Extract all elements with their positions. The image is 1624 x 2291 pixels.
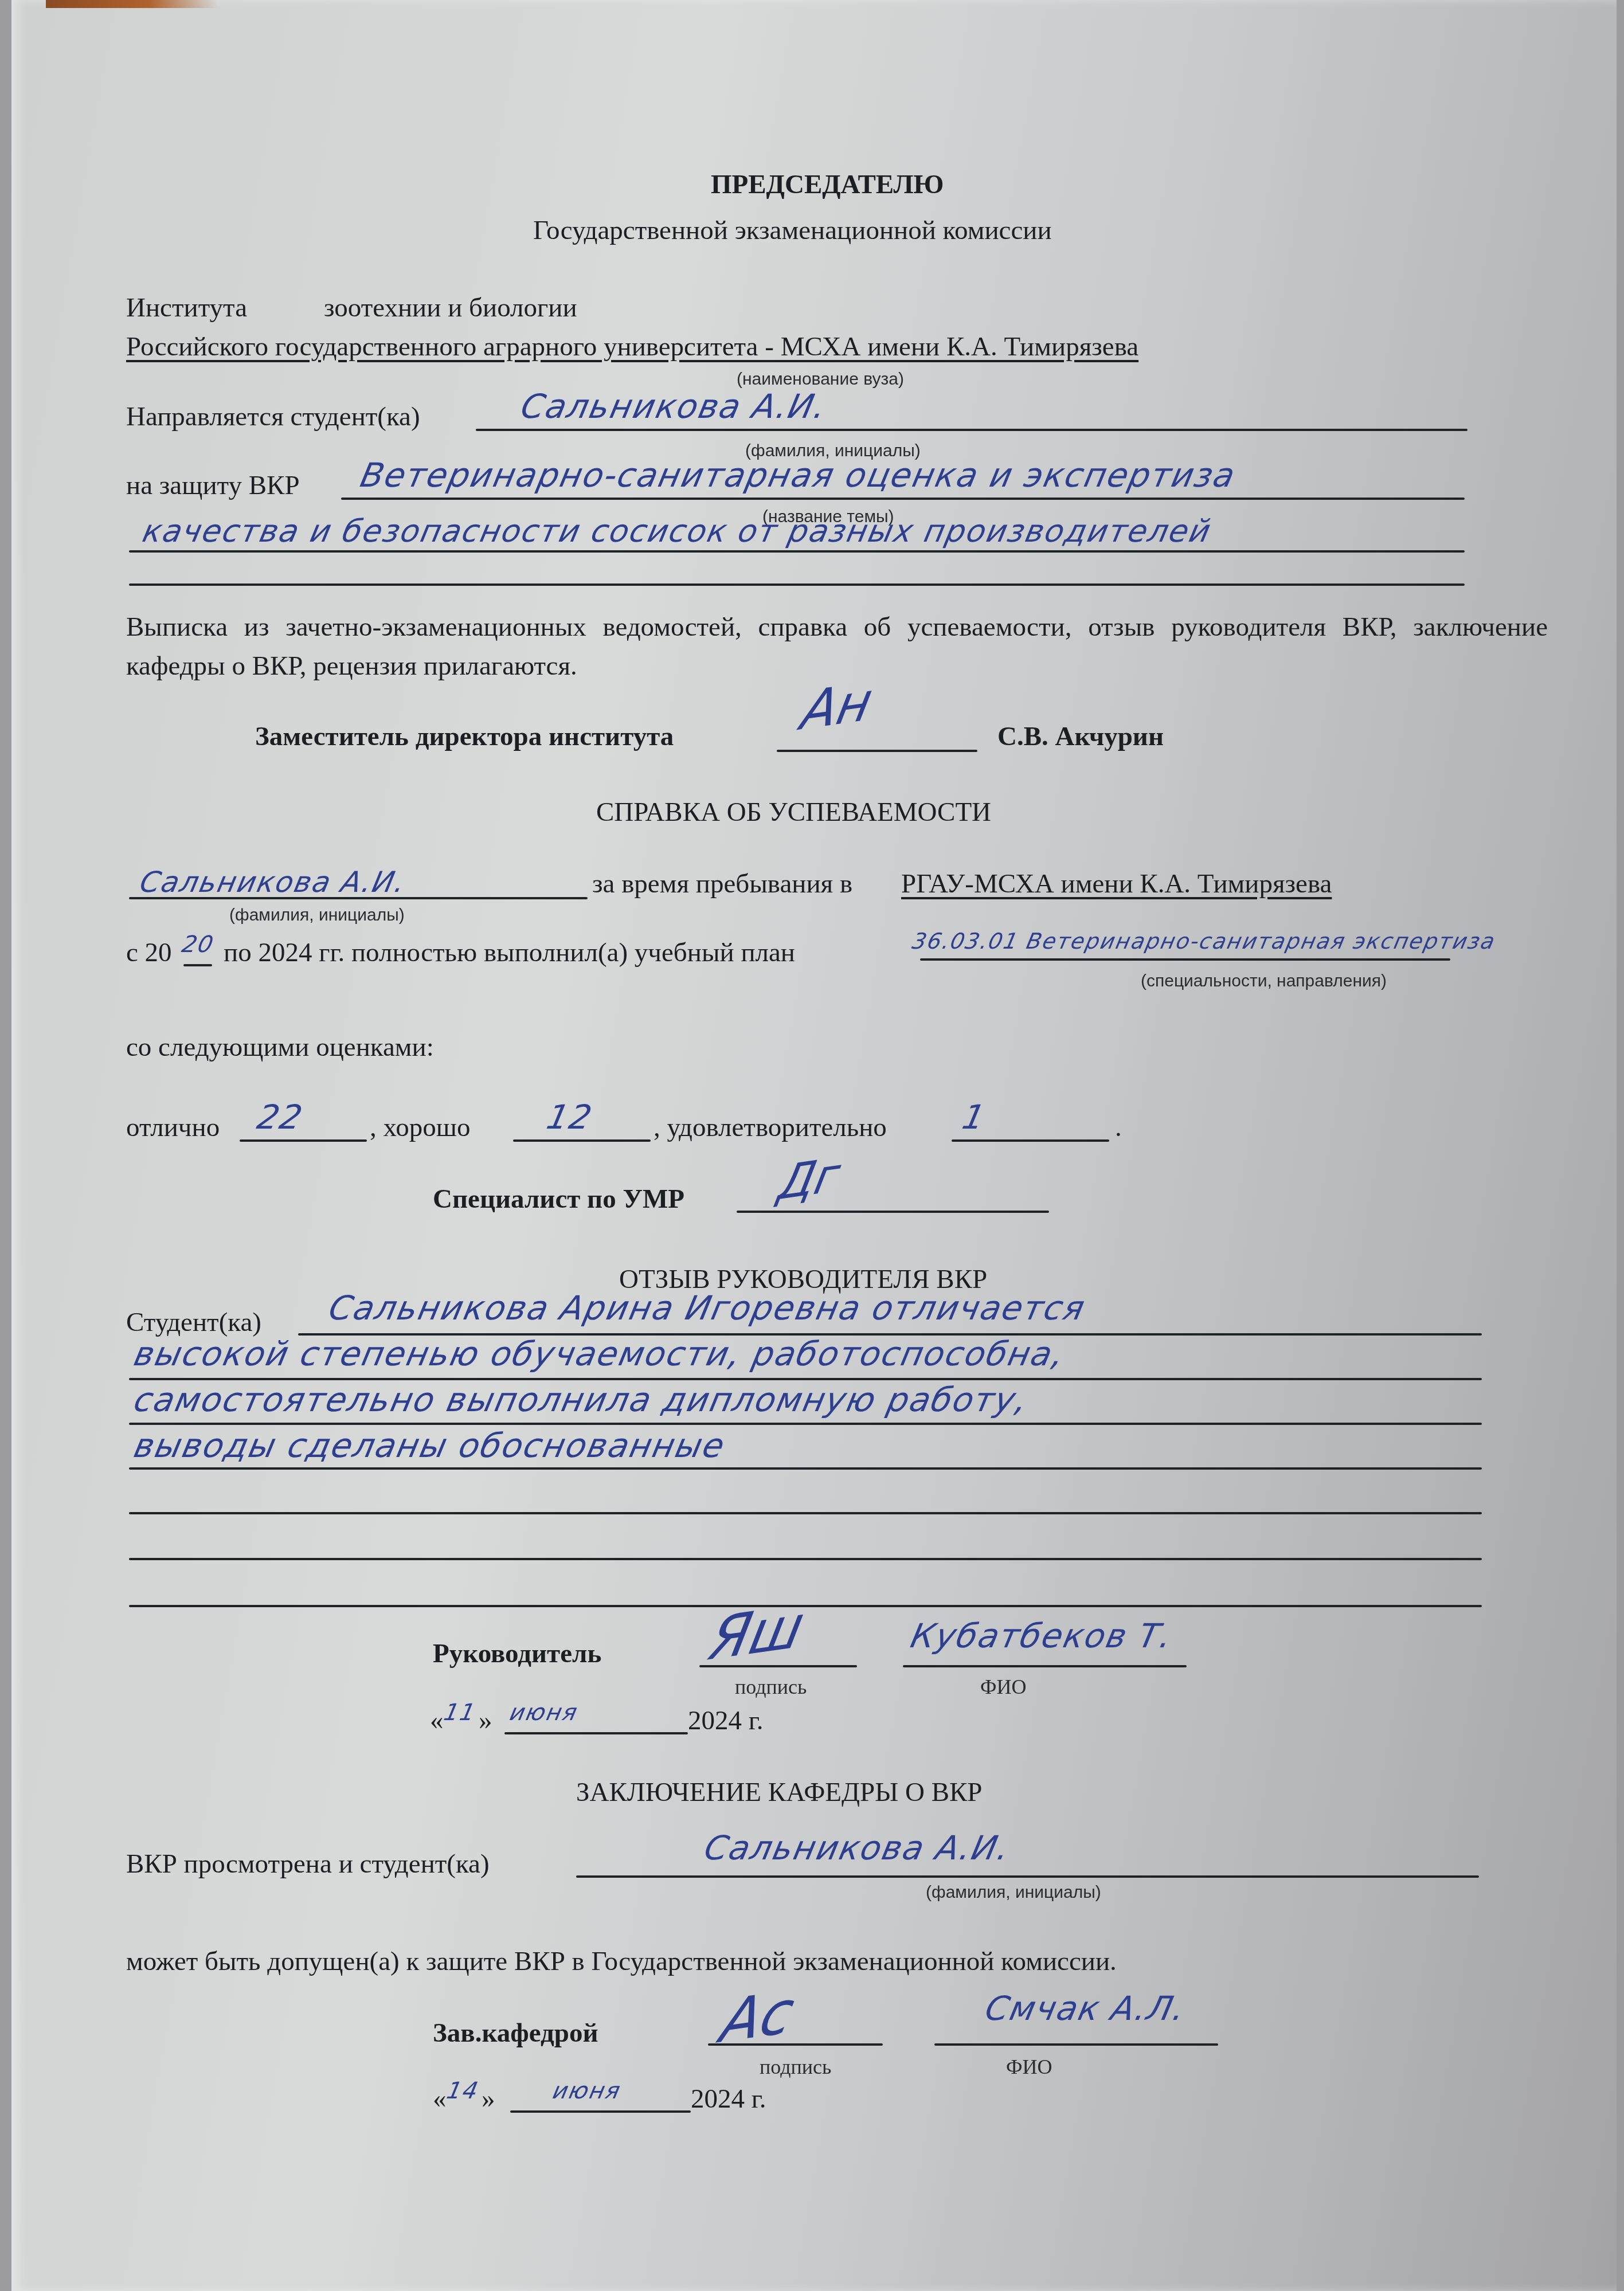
student-label: Направляется студент(ка) — [126, 401, 420, 432]
department-date-close: » — [482, 2084, 495, 2114]
deputy-director-name: С.В. Акчурин — [997, 721, 1164, 752]
attachments-text: Выписка из зачетно-экзаменационных ведом… — [126, 608, 1548, 686]
from-year-field[interactable]: 20 — [179, 931, 217, 958]
grade-excellent-value[interactable]: 22 — [254, 1098, 307, 1137]
addressee-heading: ПРЕДСЕДАТЕЛЮ — [711, 169, 944, 200]
document-page: ПРЕДСЕДАТЕЛЮ Государственной экзаменацио… — [11, 0, 1617, 2291]
department-signature-caption: подпись — [760, 2055, 831, 2079]
umr-specialist-signature: Дг — [774, 1147, 845, 1211]
department-fio-caption: ФИО — [1006, 2055, 1052, 2079]
topic-field-line2[interactable]: качества и безопасности сосисок от разны… — [139, 513, 1215, 549]
page-edge-shadow — [46, 0, 218, 8]
supervisor-role: Руководитель — [433, 1638, 601, 1669]
department-date-year: 2024 г. — [691, 2084, 766, 2114]
supervisor-signature: Яш — [704, 1591, 810, 1674]
university-name: Российского государственного аграрного у… — [126, 331, 1138, 362]
commission-heading: Государственной экзаменационной комиссии — [533, 215, 1052, 246]
admission-text: может быть допущен(а) к защите ВКР в Гос… — [126, 1946, 1117, 1977]
university-short: РГАУ-МСХА имени К.А. Тимирязева — [901, 868, 1332, 899]
study-plan-caption: (специальности, направления) — [1141, 972, 1387, 991]
review-line-4[interactable]: выводы сделаны обоснованные — [131, 1426, 729, 1465]
from-year-prefix: с 20 — [126, 937, 172, 968]
department-head-role: Зав.кафедрой — [433, 2018, 598, 2049]
department-date-month[interactable]: июня — [550, 2078, 624, 2104]
study-period-text: по 2024 гг. полностью выполнил(а) учебны… — [224, 937, 795, 968]
supervisor-signature-caption: подпись — [735, 1675, 807, 1699]
supervisor-fio-caption: ФИО — [980, 1675, 1026, 1699]
topic-field-line1[interactable]: Ветеринарно-санитарная оценка и эксперти… — [357, 456, 1239, 495]
reviewed-label: ВКР просмотрена и студент(ка) — [126, 1849, 490, 1879]
supervisor-date-year: 2024 г. — [688, 1705, 763, 1736]
university-caption: (наименование вуза) — [737, 370, 904, 389]
stay-text: за время пребывания в — [592, 868, 852, 899]
conclusion-student-caption: (фамилия, инициалы) — [926, 1883, 1101, 1902]
department-date-day[interactable]: 14 — [444, 2078, 482, 2104]
topic-label: на защиту ВКР — [126, 470, 300, 501]
supervisor-date-close: » — [479, 1705, 492, 1736]
grade-satisfactory-label: , удовлетворительно — [653, 1112, 887, 1143]
department-date-open: « — [433, 2084, 447, 2114]
review-line-6[interactable] — [129, 1558, 1482, 1560]
grades-end: . — [1115, 1112, 1122, 1143]
institute-name: зоотехнии и биологии — [324, 292, 577, 323]
grade-good-label: , хорошо — [370, 1112, 470, 1143]
grade-satisfactory-value[interactable]: 1 — [959, 1098, 989, 1137]
review-line-2[interactable]: высокой степенью обучаемости, работоспос… — [131, 1334, 1069, 1373]
grade-excellent-label: отлично — [126, 1112, 220, 1143]
review-line-1[interactable]: Сальникова Арина Игоревна отличается — [326, 1289, 1089, 1327]
umr-specialist-role: Специалист по УМР — [433, 1184, 684, 1215]
conclusion-student-field[interactable]: Сальникова А.И. — [701, 1828, 1014, 1867]
department-conclusion-title: ЗАКЛЮЧЕНИЕ КАФЕДРЫ О ВКР — [576, 1777, 982, 1808]
progress-report-title: СПРАВКА ОБ УСПЕВАЕМОСТИ — [596, 797, 991, 828]
grades-intro: со следующими оценками: — [126, 1032, 434, 1063]
student-name-field[interactable]: Сальникова А.И. — [518, 387, 831, 426]
review-student-label: Студент(ка) — [126, 1307, 261, 1338]
progress-student-field[interactable]: Сальникова А.И. — [137, 866, 409, 899]
institute-label: Института — [126, 292, 247, 323]
deputy-director-role: Заместитель директора института — [255, 721, 674, 752]
supervisor-date-day[interactable]: 11 — [441, 1699, 479, 1726]
grade-good-value[interactable]: 12 — [543, 1098, 596, 1137]
progress-student-caption: (фамилия, инициалы) — [229, 906, 405, 925]
study-plan-field[interactable]: 36.03.01 Ветеринарно-санитарная эксперти… — [910, 929, 1498, 954]
supervisor-fio-field[interactable]: Кубатбеков Т. — [907, 1616, 1177, 1655]
department-head-fio-field[interactable]: Смчак А.Л. — [982, 1989, 1189, 2028]
supervisor-date-open: « — [430, 1705, 444, 1736]
review-line-5[interactable] — [129, 1512, 1482, 1514]
review-line-3[interactable]: самостоятельно выполнила дипломную работ… — [131, 1380, 1032, 1419]
supervisor-date-month[interactable]: июня — [507, 1699, 581, 1726]
